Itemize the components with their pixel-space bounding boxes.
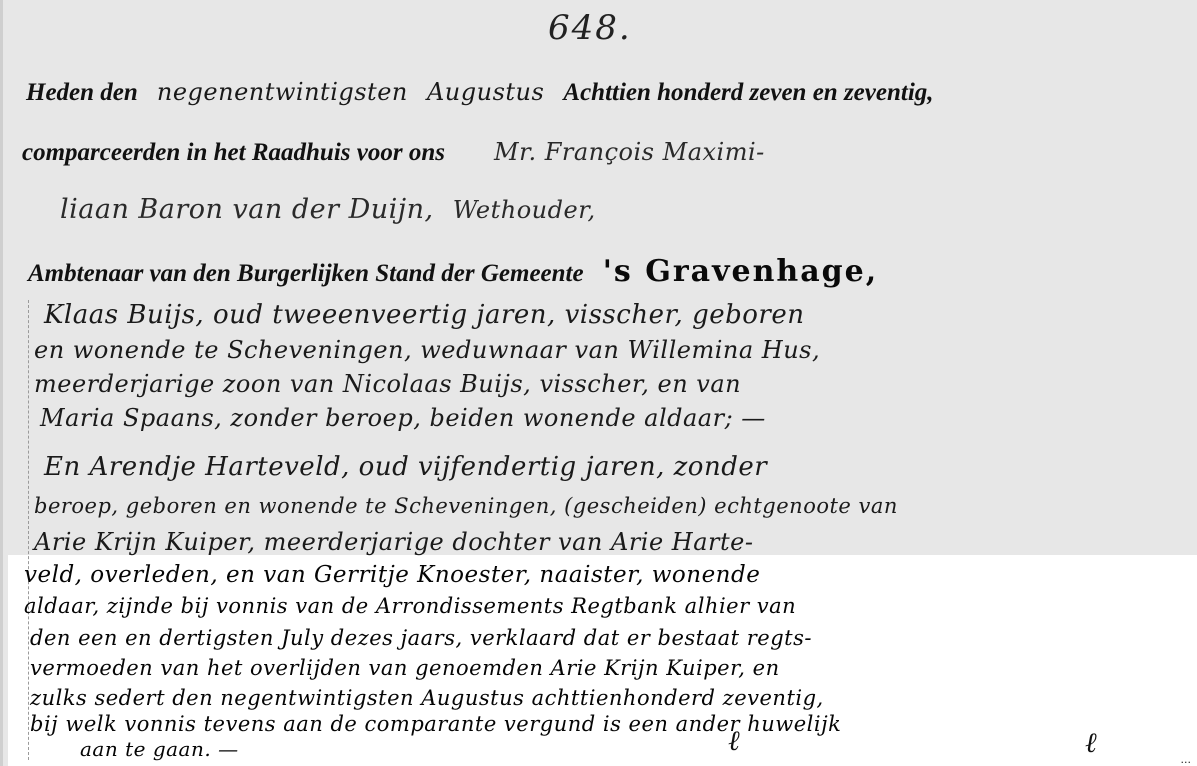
body-line-10: den een en dertigsten July dezes jaars, … (30, 626, 812, 650)
body-line-9: aldaar, zijnde bij vonnis van de Arrondi… (24, 594, 796, 618)
body-line-14: aan te gaan. — (80, 737, 239, 761)
corner-mark: ... (1181, 753, 1192, 766)
line-3: liaan Baron van der Duijn, Wethouder, (60, 194, 596, 225)
handwritten-month: Augustus (427, 78, 544, 106)
body-line-5: En Arendje Harteveld, oud vijfendertig j… (44, 452, 767, 482)
municipality-name: 's Gravenhage, (603, 254, 878, 289)
body-line-4: Maria Spaans, zonder beroep, beiden wone… (40, 404, 766, 432)
body-line-12: zulks sedert den negentwintigsten August… (30, 686, 824, 710)
printed-heden-den: Heden den (26, 79, 138, 106)
margin-rule (28, 300, 29, 760)
body-line-2: en wonende te Scheveningen, weduwnaar va… (34, 336, 820, 364)
body-line-7: Arie Krijn Kuiper, meerderjarige dochter… (34, 528, 753, 556)
body-line-6: beroep, geboren en wonende te Schevening… (34, 494, 898, 518)
handwritten-official-name-2: liaan Baron van der Duijn, (60, 194, 434, 225)
line-2: comparceerden in het Raadhuis voor ons M… (22, 138, 765, 167)
pen-flourish-2: ℓ (1085, 726, 1097, 760)
body-line-11: vermoeden van het overlijden van genoemd… (30, 656, 780, 680)
line-4: Ambtenaar van den Burgerlijken Stand der… (28, 254, 878, 289)
handwritten-official-name-1: Mr. François Maximi- (494, 138, 765, 166)
handwritten-day: negenentwintigsten (157, 78, 408, 106)
handwritten-official-role: Wethouder, (453, 196, 596, 224)
line-1: Heden den negenentwintigsten Augustus Ac… (26, 78, 934, 107)
register-page: 648. Heden den negenentwintigsten August… (0, 0, 1197, 766)
body-line-8: veld, overleden, en van Gerritje Knoeste… (24, 562, 760, 588)
body-line-13: bij welk vonnis tevens aan de comparante… (30, 712, 841, 736)
folio-number: 648. (548, 8, 632, 48)
printed-year: Achttien honderd zeven en zeventig, (563, 79, 933, 106)
printed-ambtenaar: Ambtenaar van den Burgerlijken Stand der… (28, 260, 584, 287)
printed-comparceerden: comparceerden in het Raadhuis voor ons (22, 139, 445, 166)
pen-flourish-1: ℓ (728, 724, 740, 758)
body-line-3: meerderjarige zoon van Nicolaas Buijs, v… (34, 370, 741, 398)
body-line-1: Klaas Buijs, oud tweeenveertig jaren, vi… (44, 300, 804, 330)
